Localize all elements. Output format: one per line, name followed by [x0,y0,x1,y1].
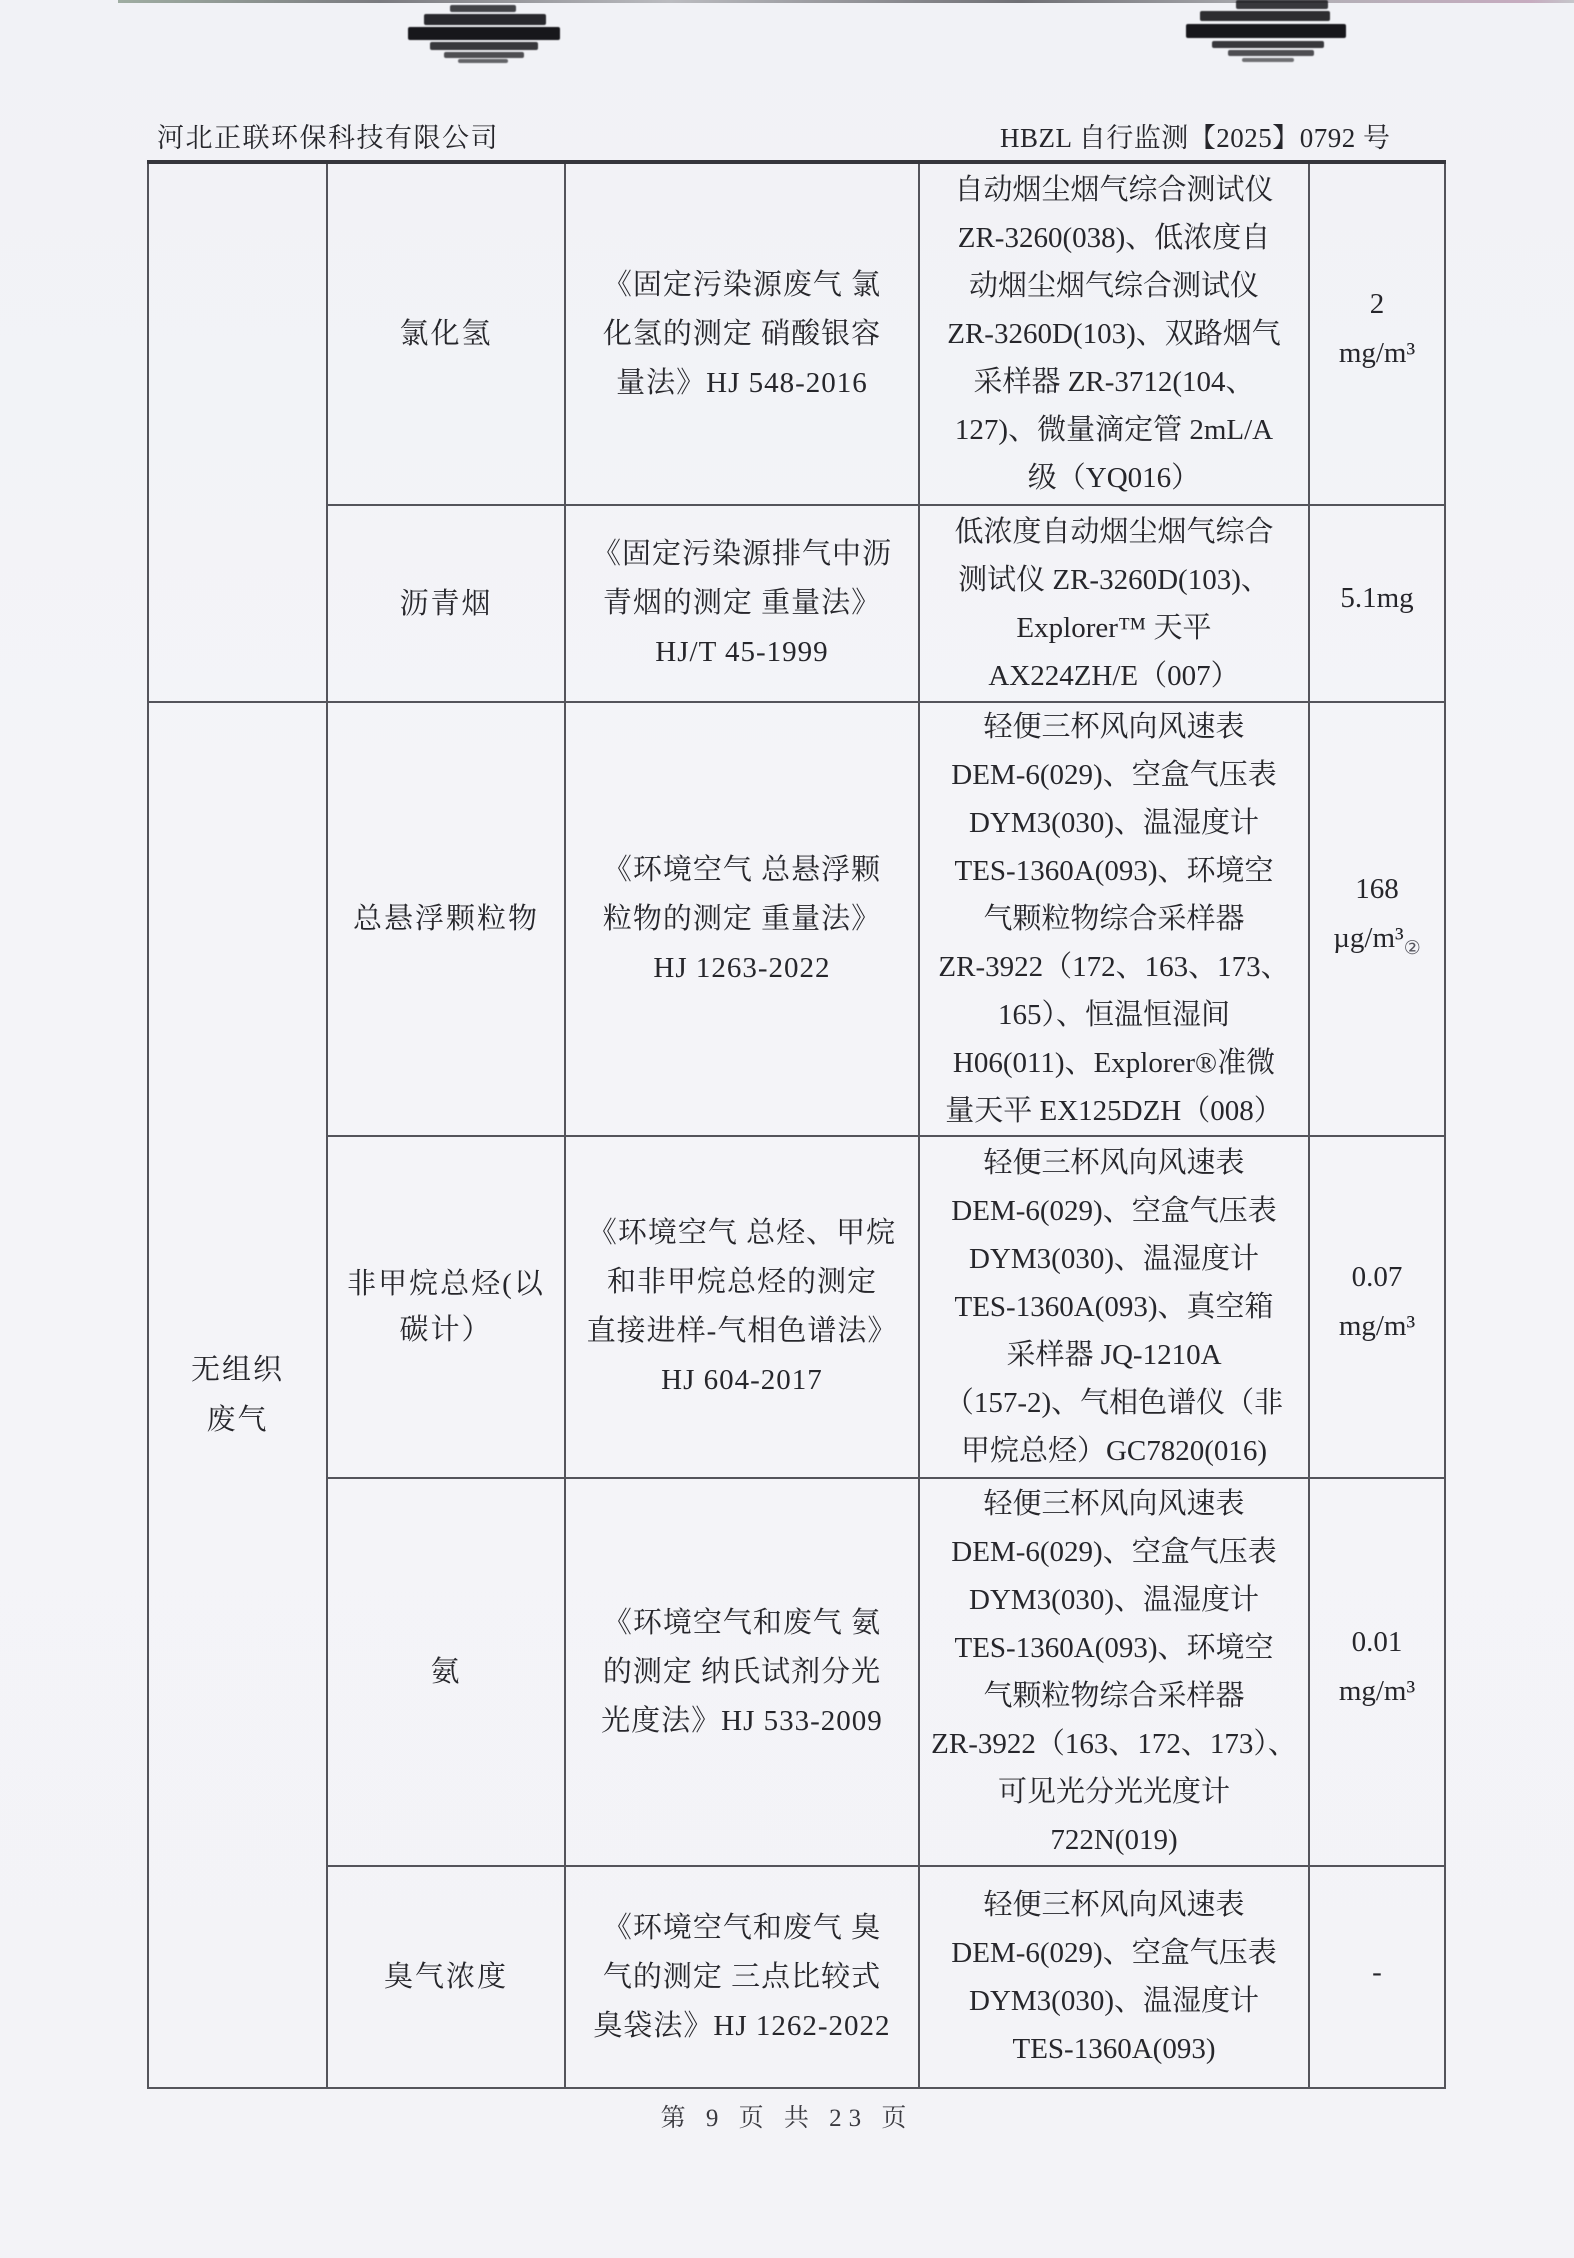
value-text: 2 mg/m³ [1339,288,1415,369]
category-cell-fugitive-gas: 无组织 废气 [148,702,327,2088]
pollutant-name-cell: 氯化氢 [327,162,565,505]
value-cell: 0.01 mg/m³ [1309,1478,1445,1866]
value-cell: - [1309,1866,1445,2088]
value-cell: 168 µg/m³② [1309,702,1445,1136]
table-row: 无组织 废气 总悬浮颗粒物 《环境空气 总悬浮颗 粒物的测定 重量法》 HJ 1… [148,702,1445,1136]
monitoring-table: 氯化氢 《固定污染源废气 氯 化氢的测定 硝酸银容 量法》HJ 548-2016… [147,160,1446,2089]
page-footer: 第 9 页 共 23 页 [0,2098,1574,2134]
method-cell: 《固定污染源废气 氯 化氢的测定 硝酸银容 量法》HJ 548-2016 [565,162,919,505]
header-doc-number: HBZL 自行监测【2025】0792 号 [1000,116,1391,155]
scan-smudge-left [398,1,573,65]
method-cell: 《固定污染源排气中沥 青烟的测定 重量法》 HJ/T 45-1999 [565,505,919,702]
value-text: 0.07 mg/m³ [1339,1261,1415,1342]
instruments-cell: 自动烟尘烟气综合测试仪 ZR-3260(038)、低浓度自 动烟尘烟气综合测试仪… [919,162,1309,505]
table-row: 非甲烷总烃(以 碳计） 《环境空气 总烃、甲烷 和非甲烷总烃的测定 直接进样-气… [148,1136,1445,1478]
table-row: 沥青烟 《固定污染源排气中沥 青烟的测定 重量法》 HJ/T 45-1999 低… [148,505,1445,702]
pollutant-name-cell: 总悬浮颗粒物 [327,702,565,1136]
pollutant-name-cell: 臭气浓度 [327,1866,565,2088]
value-footnote: ② [1404,938,1421,959]
pollutant-name-cell: 非甲烷总烃(以 碳计） [327,1136,565,1478]
method-cell: 《环境空气 总悬浮颗 粒物的测定 重量法》 HJ 1263-2022 [565,702,919,1136]
value-text: 0.01 mg/m³ [1339,1626,1415,1707]
pollutant-name-cell: 沥青烟 [327,505,565,702]
instruments-cell: 轻便三杯风向风速表 DEM-6(029)、空盒气压表 DYM3(030)、温湿度… [919,1866,1309,2088]
instruments-cell: 轻便三杯风向风速表 DEM-6(029)、空盒气压表 DYM3(030)、温湿度… [919,1478,1309,1866]
value-text: 5.1mg [1340,582,1413,614]
table-row: 氯化氢 《固定污染源废气 氯 化氢的测定 硝酸银容 量法》HJ 548-2016… [148,162,1445,505]
value-text: 168 µg/m³ [1333,873,1404,954]
table-row: 臭气浓度 《环境空气和废气 臭 气的测定 三点比较式 臭袋法》HJ 1262-2… [148,1866,1445,2088]
scanned-report-page: 河北正联环保科技有限公司 HBZL 自行监测【2025】0792 号 氯化氢 《… [0,0,1574,2258]
scan-smudge-right [1178,0,1363,66]
header-company-name: 河北正联环保科技有限公司 [157,116,499,155]
instruments-cell: 低浓度自动烟尘烟气综合 测试仪 ZR-3260D(103)、 Explorer™… [919,505,1309,702]
value-cell: 0.07 mg/m³ [1309,1136,1445,1478]
method-cell: 《环境空气和废气 臭 气的测定 三点比较式 臭袋法》HJ 1262-2022 [565,1866,919,2088]
value-text: - [1372,1956,1382,1988]
instruments-cell: 轻便三杯风向风速表 DEM-6(029)、空盒气压表 DYM3(030)、温湿度… [919,702,1309,1136]
method-cell: 《环境空气和废气 氨 的测定 纳氏试剂分光 光度法》HJ 533-2009 [565,1478,919,1866]
value-cell: 2 mg/m³ [1309,162,1445,505]
instruments-cell: 轻便三杯风向风速表 DEM-6(029)、空盒气压表 DYM3(030)、温湿度… [919,1136,1309,1478]
value-cell: 5.1mg [1309,505,1445,702]
pollutant-name-cell: 氨 [327,1478,565,1866]
table-row: 氨 《环境空气和废气 氨 的测定 纳氏试剂分光 光度法》HJ 533-2009 … [148,1478,1445,1866]
category-cell-blank [148,162,327,702]
method-cell: 《环境空气 总烃、甲烷 和非甲烷总烃的测定 直接进样-气相色谱法》 HJ 604… [565,1136,919,1478]
